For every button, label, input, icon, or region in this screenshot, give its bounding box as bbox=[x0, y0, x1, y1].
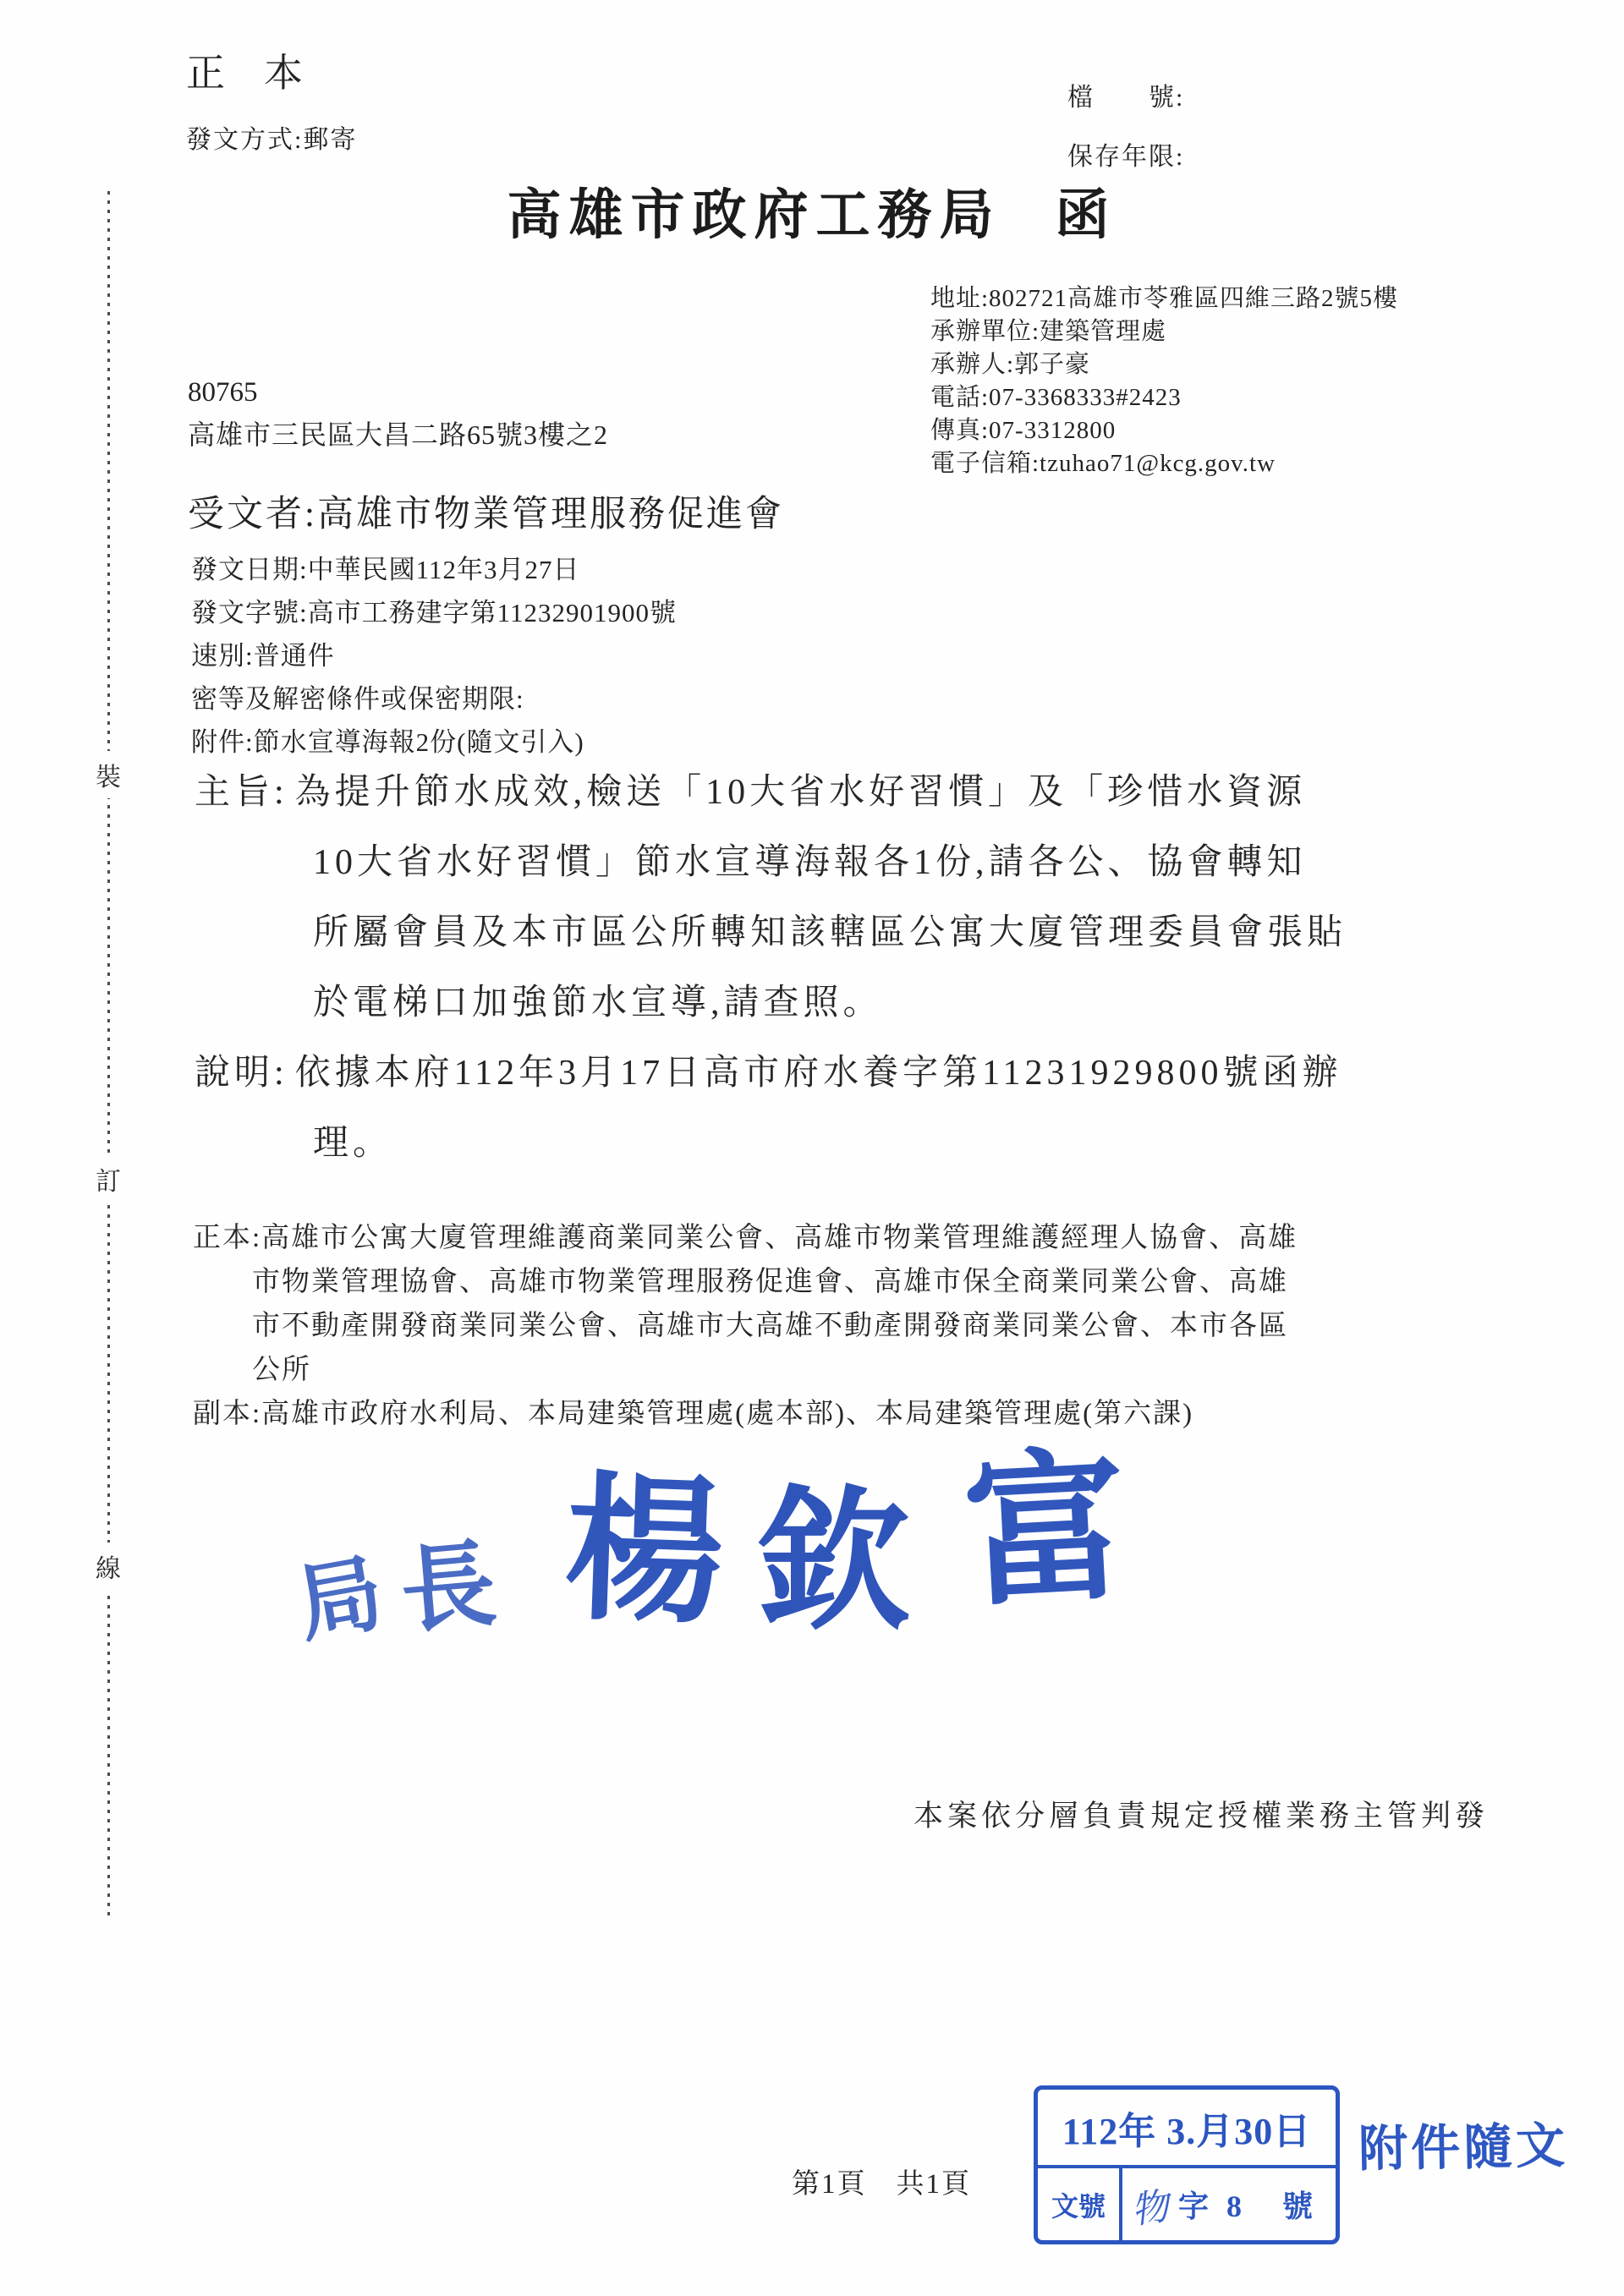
fax-number: 傳真:07-3312800 bbox=[930, 414, 1398, 447]
explanation-label: 說明: bbox=[195, 1054, 288, 1093]
cc-copies-label: 副本: bbox=[193, 1399, 261, 1429]
priority: 速別:普通件 bbox=[191, 634, 677, 677]
recipient-address: 高雄市三民區大昌二路65號3樓之2 bbox=[188, 414, 608, 452]
original-copies-label: 正本: bbox=[193, 1223, 261, 1253]
document-title: 高雄市政府工務局函 bbox=[0, 172, 1624, 249]
signature-name-char-1: 楊 bbox=[562, 1469, 727, 1633]
recipient-zip: 80765 bbox=[188, 377, 258, 408]
stamp-handwritten-char: 物 bbox=[1127, 2174, 1177, 2233]
binding-char-xian: 線 bbox=[88, 1543, 129, 1590]
agency-address: 地址:802721高雄市苓雅區四維三路2號5樓 bbox=[930, 282, 1398, 315]
retention-period-label: 保存年限: bbox=[1067, 135, 1184, 173]
binding-dotted-line bbox=[107, 191, 110, 1916]
subject-line-1: 主旨:為提升節水成效,檢送「10大省水好習慣」及「珍惜水資源 bbox=[195, 764, 1306, 814]
signature-title-char-2: 長 bbox=[397, 1537, 499, 1639]
explanation-line-2: 理。 bbox=[313, 1115, 392, 1165]
dispatch-meta-block: 發文日期:中華民國112年3月27日 發文字號:高市工務建字第112329019… bbox=[191, 548, 677, 764]
security-class: 密等及解密條件或保密期限: bbox=[191, 677, 677, 721]
document-type: 函 bbox=[1056, 185, 1117, 245]
handling-unit: 承辦單位:建築管理處 bbox=[930, 315, 1398, 348]
binding-char-ding: 訂 bbox=[88, 1155, 129, 1203]
original-copies-line-2: 市物業管理協會、高雄市物業管理服務促進會、高雄市保全商業同業公會、高雄 bbox=[252, 1259, 1288, 1299]
subject-line-3: 所屬會員及本市區公所轉知該轄區公寓大廈管理委員會張貼 bbox=[313, 904, 1347, 955]
signature-name-char-3: 富 bbox=[960, 1445, 1131, 1616]
signature-name-char-2: 欽 bbox=[756, 1483, 910, 1637]
subject-line-2: 10大省水好習慣」節水宣導海報各1份,請各公、協會轉知 bbox=[313, 834, 1307, 885]
stamp-date: 112年 3.月30日 bbox=[1038, 2090, 1336, 2168]
dispatch-number: 發文字號:高市工務建字第11232901900號 bbox=[191, 591, 677, 634]
dispatch-date: 發文日期:中華民國112年3月27日 bbox=[191, 548, 677, 591]
issuing-agency: 高雄市政府工務局 bbox=[507, 185, 1001, 245]
handling-person: 承辦人:郭子豪 bbox=[930, 348, 1398, 381]
received-date-stamp: 112年 3.月30日 文號 物字 8 號 bbox=[1034, 2085, 1340, 2244]
scanned-official-letter: 裝 訂 線 正本 發文方式:郵寄 檔 號: 保存年限: 高雄市政府工務局函 地址… bbox=[0, 0, 1624, 2296]
agency-contact-block: 地址:802721高雄市苓雅區四維三路2號5樓 承辦單位:建築管理處 承辦人:郭… bbox=[930, 282, 1398, 480]
recipient-name: 受文者:高雄市物業管理服務促進會 bbox=[188, 485, 784, 537]
original-copies-line-3: 市不動產開發商業同業公會、高雄市大高雄不動產開發商業同業公會、本市各區 bbox=[252, 1303, 1288, 1343]
attachment-follows-stamp: 附件隨文 bbox=[1358, 2106, 1568, 2180]
attachment-note: 附件:節水宣導海報2份(隨文引入) bbox=[191, 721, 677, 764]
binding-char-zhuang: 裝 bbox=[88, 751, 129, 798]
cc-copies-line: 副本:高雄市政府水利局、本局建築管理處(處本部)、本局建築管理處(第六課) bbox=[193, 1391, 1193, 1431]
stamp-doc-number-row: 文號 物字 8 號 bbox=[1038, 2168, 1336, 2240]
stamp-doc-number-value: 物字 8 號 bbox=[1122, 2168, 1336, 2240]
explanation-line-1: 說明:依據本府112年3月17日高市府水養字第11231929800號函辦 bbox=[195, 1044, 1342, 1095]
file-number-label: 檔 號: bbox=[1067, 76, 1184, 113]
subject-line-4: 於電梯口加強節水宣導,請查照。 bbox=[313, 974, 883, 1025]
email-address: 電子信箱:tzuhao71@kcg.gov.tw bbox=[930, 447, 1398, 480]
signature-title-char-1: 局 bbox=[291, 1549, 389, 1647]
phone-number: 電話:07-3368333#2423 bbox=[930, 381, 1398, 414]
subject-label: 主旨: bbox=[195, 773, 288, 812]
page-number-footer: 第1頁 共1頁 bbox=[792, 2162, 971, 2201]
original-copies-line-4: 公所 bbox=[252, 1347, 311, 1387]
authorization-note: 本案依分層負責規定授權業務主管判發 bbox=[913, 1793, 1489, 1835]
original-copies-line-1: 正本:高雄市公寓大廈管理維護商業同業公會、高雄市物業管理維護經理人協會、高雄 bbox=[193, 1215, 1298, 1255]
delivery-method: 發文方式:郵寄 bbox=[186, 118, 357, 156]
stamp-doc-number-label: 文號 bbox=[1038, 2168, 1122, 2240]
copy-type-label: 正本 bbox=[186, 42, 342, 98]
